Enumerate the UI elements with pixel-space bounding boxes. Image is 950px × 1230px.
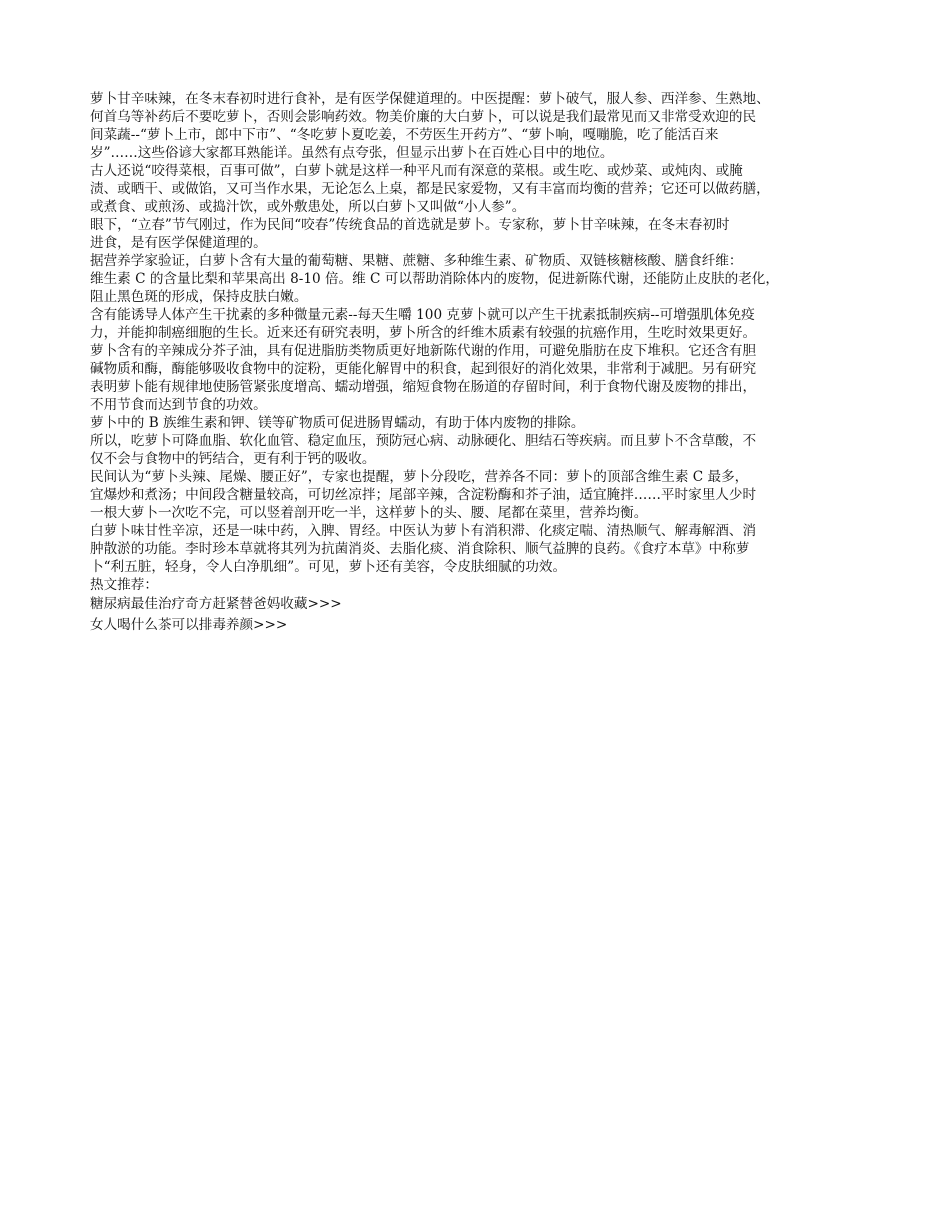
text-line: 眼下，“立春”节气刚过，作为民间“咬春”传统食品的首选就是萝卜。专家称，萝卜甘辛… <box>90 216 870 234</box>
paragraph-blood-lipids: 所以，吃萝卜可降血脂、软化血管、稳定血压，预防冠心病、动脉硬化、胆结石等疾病。而… <box>90 432 870 468</box>
recommended-link-diabetes[interactable]: 糖尿病最佳治疗奇方赶紧替爸妈收藏>>> <box>90 594 870 615</box>
text-line: 或煮食、或煎汤、或捣汁饮，或外敷患处，所以白萝卜又叫做“小人参”。 <box>90 198 870 216</box>
paragraph-nutrition-intro: 据营养学家验证，白萝卜含有大量的葡萄糖、果糖、蔗糖、多种维生素、矿物质、双链核糖… <box>90 252 870 270</box>
paragraph-vitamin-b: 萝卜中的 B 族维生素和钾、镁等矿物质可促进肠胃蠕动，有助于体内废物的排除。 <box>90 414 870 432</box>
text-line: 渍、或晒干、或做馅，又可当作水果，无论怎么上桌，都是民家爱物，又有丰富而均衡的营… <box>90 180 870 198</box>
text-line: 古人还说“咬得菜根，百事可做”，白萝卜就是这样一种平凡而有深意的菜根。或生吃、或… <box>90 162 870 180</box>
paragraph-intro: 萝卜甘辛味辣，在冬末春初时进行食补，是有医学保健道理的。中医提醒：萝卜破气，服人… <box>90 90 870 162</box>
text-line: 力，并能抑制癌细胞的生长。近来还有研究表明，萝卜所含的纤维木质素有较强的抗癌作用… <box>90 324 870 342</box>
recommendations-section: 热文推荐： 糖尿病最佳治疗奇方赶紧替爸妈收藏>>> 女人喝什么茶可以排毒养颜>>… <box>90 576 870 636</box>
recommendations-heading: 热文推荐： <box>90 576 870 594</box>
text-line: 不用节食而达到节食的功效。 <box>90 396 870 414</box>
text-line: 白萝卜味甘性辛凉，还是一味中药，入脾、胃经。中医认为萝卜有消积滞、化痰定喘、清热… <box>90 522 870 540</box>
paragraph-start-of-spring: 眼下，“立春”节气刚过，作为民间“咬春”传统食品的首选就是萝卜。专家称，萝卜甘辛… <box>90 216 870 252</box>
text-line: 含有能诱导人体产生干扰素的多种微量元素--每天生嚼 100 克萝卜就可以产生干扰… <box>90 306 870 324</box>
text-line: 阻止黑色斑的形成，保持皮肤白嫩。 <box>90 288 870 306</box>
paragraph-chinese-medicine: 白萝卜味甘性辛凉，还是一味中药，入脾、胃经。中医认为萝卜有消积滞、化痰定喘、清热… <box>90 522 870 576</box>
text-line: 所以，吃萝卜可降血脂、软化血管、稳定血压，预防冠心病、动脉硬化、胆结石等疾病。而… <box>90 432 870 450</box>
text-line: 何首乌等补药后不要吃萝卜，否则会影响药效。物美价廉的大白萝卜，可以说是我们最常见… <box>90 108 870 126</box>
text-line: 萝卜中的 B 族维生素和钾、镁等矿物质可促进肠胃蠕动，有助于体内废物的排除。 <box>90 414 870 432</box>
recommendations-list: 糖尿病最佳治疗奇方赶紧替爸妈收藏>>> 女人喝什么茶可以排毒养颜>>> <box>90 594 870 636</box>
text-line: 一根大萝卜一次吃不完，可以竖着剖开吃一半，这样萝卜的头、腰、尾都在菜里，营养均衡… <box>90 504 870 522</box>
text-line: 肿散淤的功能。李时珍本草就将其列为抗菌消炎、去脂化痰、消食除积、顺气益脾的良药。… <box>90 540 870 558</box>
article-body: 萝卜甘辛味辣，在冬末春初时进行食补，是有医学保健道理的。中医提醒：萝卜破气，服人… <box>90 90 870 576</box>
text-line: 萝卜甘辛味辣，在冬末春初时进行食补，是有医学保健道理的。中医提醒：萝卜破气，服人… <box>90 90 870 108</box>
text-line: 维生素 C 的含量比梨和苹果高出 8-10 倍。维 C 可以帮助消除体内的废物，… <box>90 270 870 288</box>
paragraph-vitamin-c: 维生素 C 的含量比梨和苹果高出 8-10 倍。维 C 可以帮助消除体内的废物，… <box>90 270 870 306</box>
paragraph-sections: 民间认为“萝卜头辣、尾燥、腰正好”，专家也提醒，萝卜分段吃，营养各不同：萝卜的顶… <box>90 468 870 522</box>
text-line: 岁”……这些俗谚大家都耳熟能详。虽然有点夸张，但显示出萝卜在百姓心目中的地位。 <box>90 144 870 162</box>
paragraph-interferon: 含有能诱导人体产生干扰素的多种微量元素--每天生嚼 100 克萝卜就可以产生干扰… <box>90 306 870 342</box>
text-line: 卜“利五脏，轻身，令人白净肌细”。可见，萝卜还有美容，令皮肤细腻的功效。 <box>90 558 870 576</box>
paragraph-mustard-oil: 萝卜含有的辛辣成分芥子油，具有促进脂肪类物质更好地新陈代谢的作用，可避免脂肪在皮… <box>90 342 870 414</box>
text-line: 碱物质和酶，酶能够吸收食物中的淀粉，更能化解胃中的积食，起到很好的消化效果，非常… <box>90 360 870 378</box>
paragraph-vegetable-root: 古人还说“咬得菜根，百事可做”，白萝卜就是这样一种平凡而有深意的菜根。或生吃、或… <box>90 162 870 216</box>
text-line: 进食，是有医学保健道理的。 <box>90 234 870 252</box>
article-document: 萝卜甘辛味辣，在冬末春初时进行食补，是有医学保健道理的。中医提醒：萝卜破气，服人… <box>90 90 870 636</box>
recommended-link-detox-tea[interactable]: 女人喝什么茶可以排毒养颜>>> <box>90 615 870 636</box>
text-line: 表明萝卜能有规律地使肠管紧张度增高、蠕动增强，缩短食物在肠道的存留时间，利于食物… <box>90 378 870 396</box>
text-line: 仅不会与食物中的钙结合，更有利于钙的吸收。 <box>90 450 870 468</box>
text-line: 据营养学家验证，白萝卜含有大量的葡萄糖、果糖、蔗糖、多种维生素、矿物质、双链核糖… <box>90 252 870 270</box>
text-line: 民间认为“萝卜头辣、尾燥、腰正好”，专家也提醒，萝卜分段吃，营养各不同：萝卜的顶… <box>90 468 870 486</box>
text-line: 宜爆炒和煮汤；中间段含糖量较高，可切丝凉拌；尾部辛辣，含淀粉酶和芥子油，适宜腌拌… <box>90 486 870 504</box>
text-line: 间菜蔬--“萝卜上市，郎中下市”、“冬吃萝卜夏吃姜，不劳医生开药方”、“萝卜响，… <box>90 126 870 144</box>
text-line: 萝卜含有的辛辣成分芥子油，具有促进脂肪类物质更好地新陈代谢的作用，可避免脂肪在皮… <box>90 342 870 360</box>
